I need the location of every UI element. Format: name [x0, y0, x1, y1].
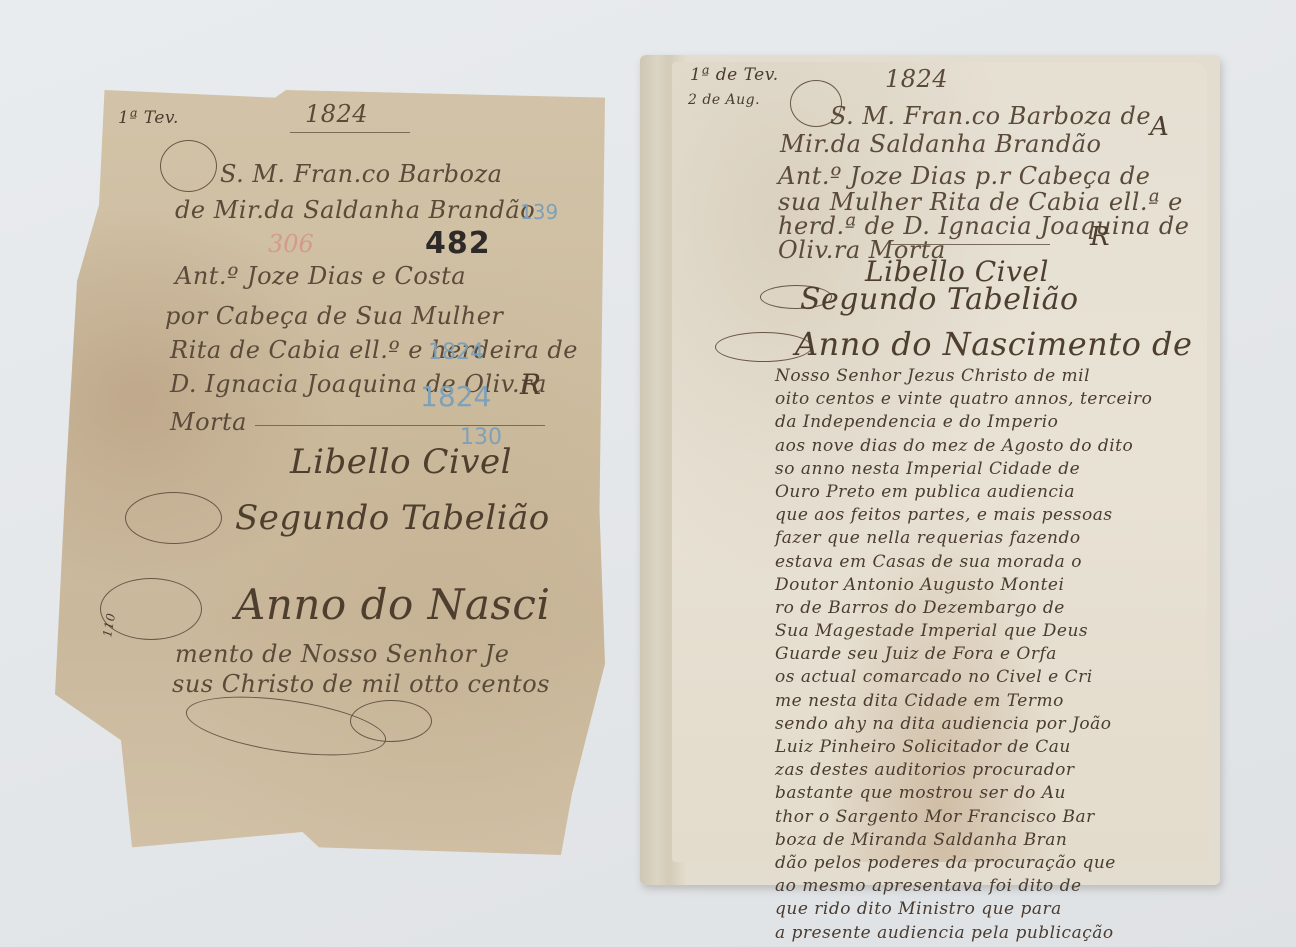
- right-corner-note-1: 1ª de Tev.: [690, 65, 779, 85]
- right-margin-mark-a: A: [1150, 112, 1169, 142]
- body-line: estava em Casas de sua morada o: [775, 552, 1152, 575]
- left-title: Libello Civel: [290, 442, 512, 482]
- left-year-rule: [290, 132, 410, 133]
- right-party-rule: [890, 244, 1050, 245]
- left-body-line-1: mento de Nosso Senhor Je: [175, 640, 509, 668]
- red-pencil-mark: 306: [268, 230, 314, 258]
- body-line: zas destes auditorios procurador: [775, 760, 1152, 783]
- left-header-line-2: de Mir.da Saldanha Brandão: [175, 196, 535, 224]
- left-margin-mark-r: R: [520, 368, 542, 401]
- left-body-line-2: sus Christo de mil otto centos: [172, 670, 550, 698]
- body-line: ro de Barros do Dezembargo de: [775, 598, 1152, 621]
- stamp-number: 482: [425, 226, 491, 261]
- body-line: Nosso Senhor Jezus Christo de mil: [775, 366, 1152, 389]
- body-line: so anno nesta Imperial Cidade de: [775, 459, 1152, 482]
- body-line: oito centos e vinte quatro annos, tercei…: [775, 389, 1152, 412]
- body-line: a presente audiencia pela publicação: [775, 923, 1152, 946]
- body-line: bastante que mostrou ser do Au: [775, 783, 1152, 806]
- body-line: me nesta dita Cidade em Termo: [775, 691, 1152, 714]
- body-line: da Independencia e do Imperio: [775, 412, 1152, 435]
- body-line: Ouro Preto em publica audiencia: [775, 482, 1152, 505]
- body-line: sendo ahy na dita audiencia por João: [775, 714, 1152, 737]
- body-line: os actual comarcado no Civel e Cri: [775, 667, 1152, 690]
- left-party-line-3: Rita de Cabia ell.º e herdeira de: [170, 336, 578, 364]
- right-margin-mark-r: R: [1090, 222, 1110, 252]
- blue-mark-139: 139: [520, 200, 558, 224]
- left-heading: Anno do Nasci: [235, 580, 550, 629]
- right-year: 1824: [885, 65, 948, 93]
- left-party-line-1: Ant.º Joze Dias e Costa: [175, 262, 466, 290]
- right-corner-note-2: 2 de Aug.: [688, 92, 760, 108]
- body-line: ao mesmo apresentava foi dito de: [775, 876, 1152, 899]
- body-line: que aos feitos partes, e mais pessoas: [775, 505, 1152, 528]
- right-heading: Anno do Nascimento de: [795, 325, 1192, 363]
- left-corner-note: 1ª Tev.: [118, 108, 179, 128]
- body-line: dão pelos poderes da procuração que: [775, 853, 1152, 876]
- body-line: Doutor Antonio Augusto Montei: [775, 575, 1152, 598]
- left-flourish-o: [160, 140, 217, 192]
- body-line: Sua Magestade Imperial que Deus: [775, 621, 1152, 644]
- body-line: thor o Sargento Mor Francisco Bar: [775, 807, 1152, 830]
- left-party-line-5: Morta: [170, 408, 247, 436]
- blue-mark-year-1: 1824: [428, 340, 484, 365]
- left-flourish-s: [125, 492, 222, 544]
- blue-mark-year-2: 1824: [420, 380, 491, 413]
- left-party-line-2: por Cabeça de Sua Mulher: [165, 302, 503, 330]
- right-header-line-1: S. M. Fran.co Barboza de: [830, 102, 1151, 130]
- right-subtitle: Segundo Tabelião: [800, 282, 1079, 317]
- left-header-line-1: S. M. Fran.co Barboza: [220, 160, 502, 188]
- body-line: Guarde seu Juiz de Fora e Orfa: [775, 644, 1152, 667]
- right-header-line-2: Mir.da Saldanha Brandão: [780, 130, 1101, 158]
- body-line: boza de Miranda Saldanha Bran: [775, 830, 1152, 853]
- left-closing-flourish-2: [350, 700, 432, 742]
- body-line: Luiz Pinheiro Solicitador de Cau: [775, 737, 1152, 760]
- right-party-line-1: Ant.º Joze Dias p.r Cabeça de: [778, 162, 1150, 190]
- body-line: que rido dito Ministro que para: [775, 899, 1152, 922]
- body-line: aos nove dias do mez de Agosto do dito: [775, 436, 1152, 459]
- left-year: 1824: [305, 100, 368, 128]
- right-body-text: Nosso Senhor Jezus Christo de mil oito c…: [775, 366, 1152, 946]
- left-subtitle: Segundo Tabelião: [235, 498, 550, 538]
- body-line: fazer que nella requerias fazendo: [775, 528, 1152, 551]
